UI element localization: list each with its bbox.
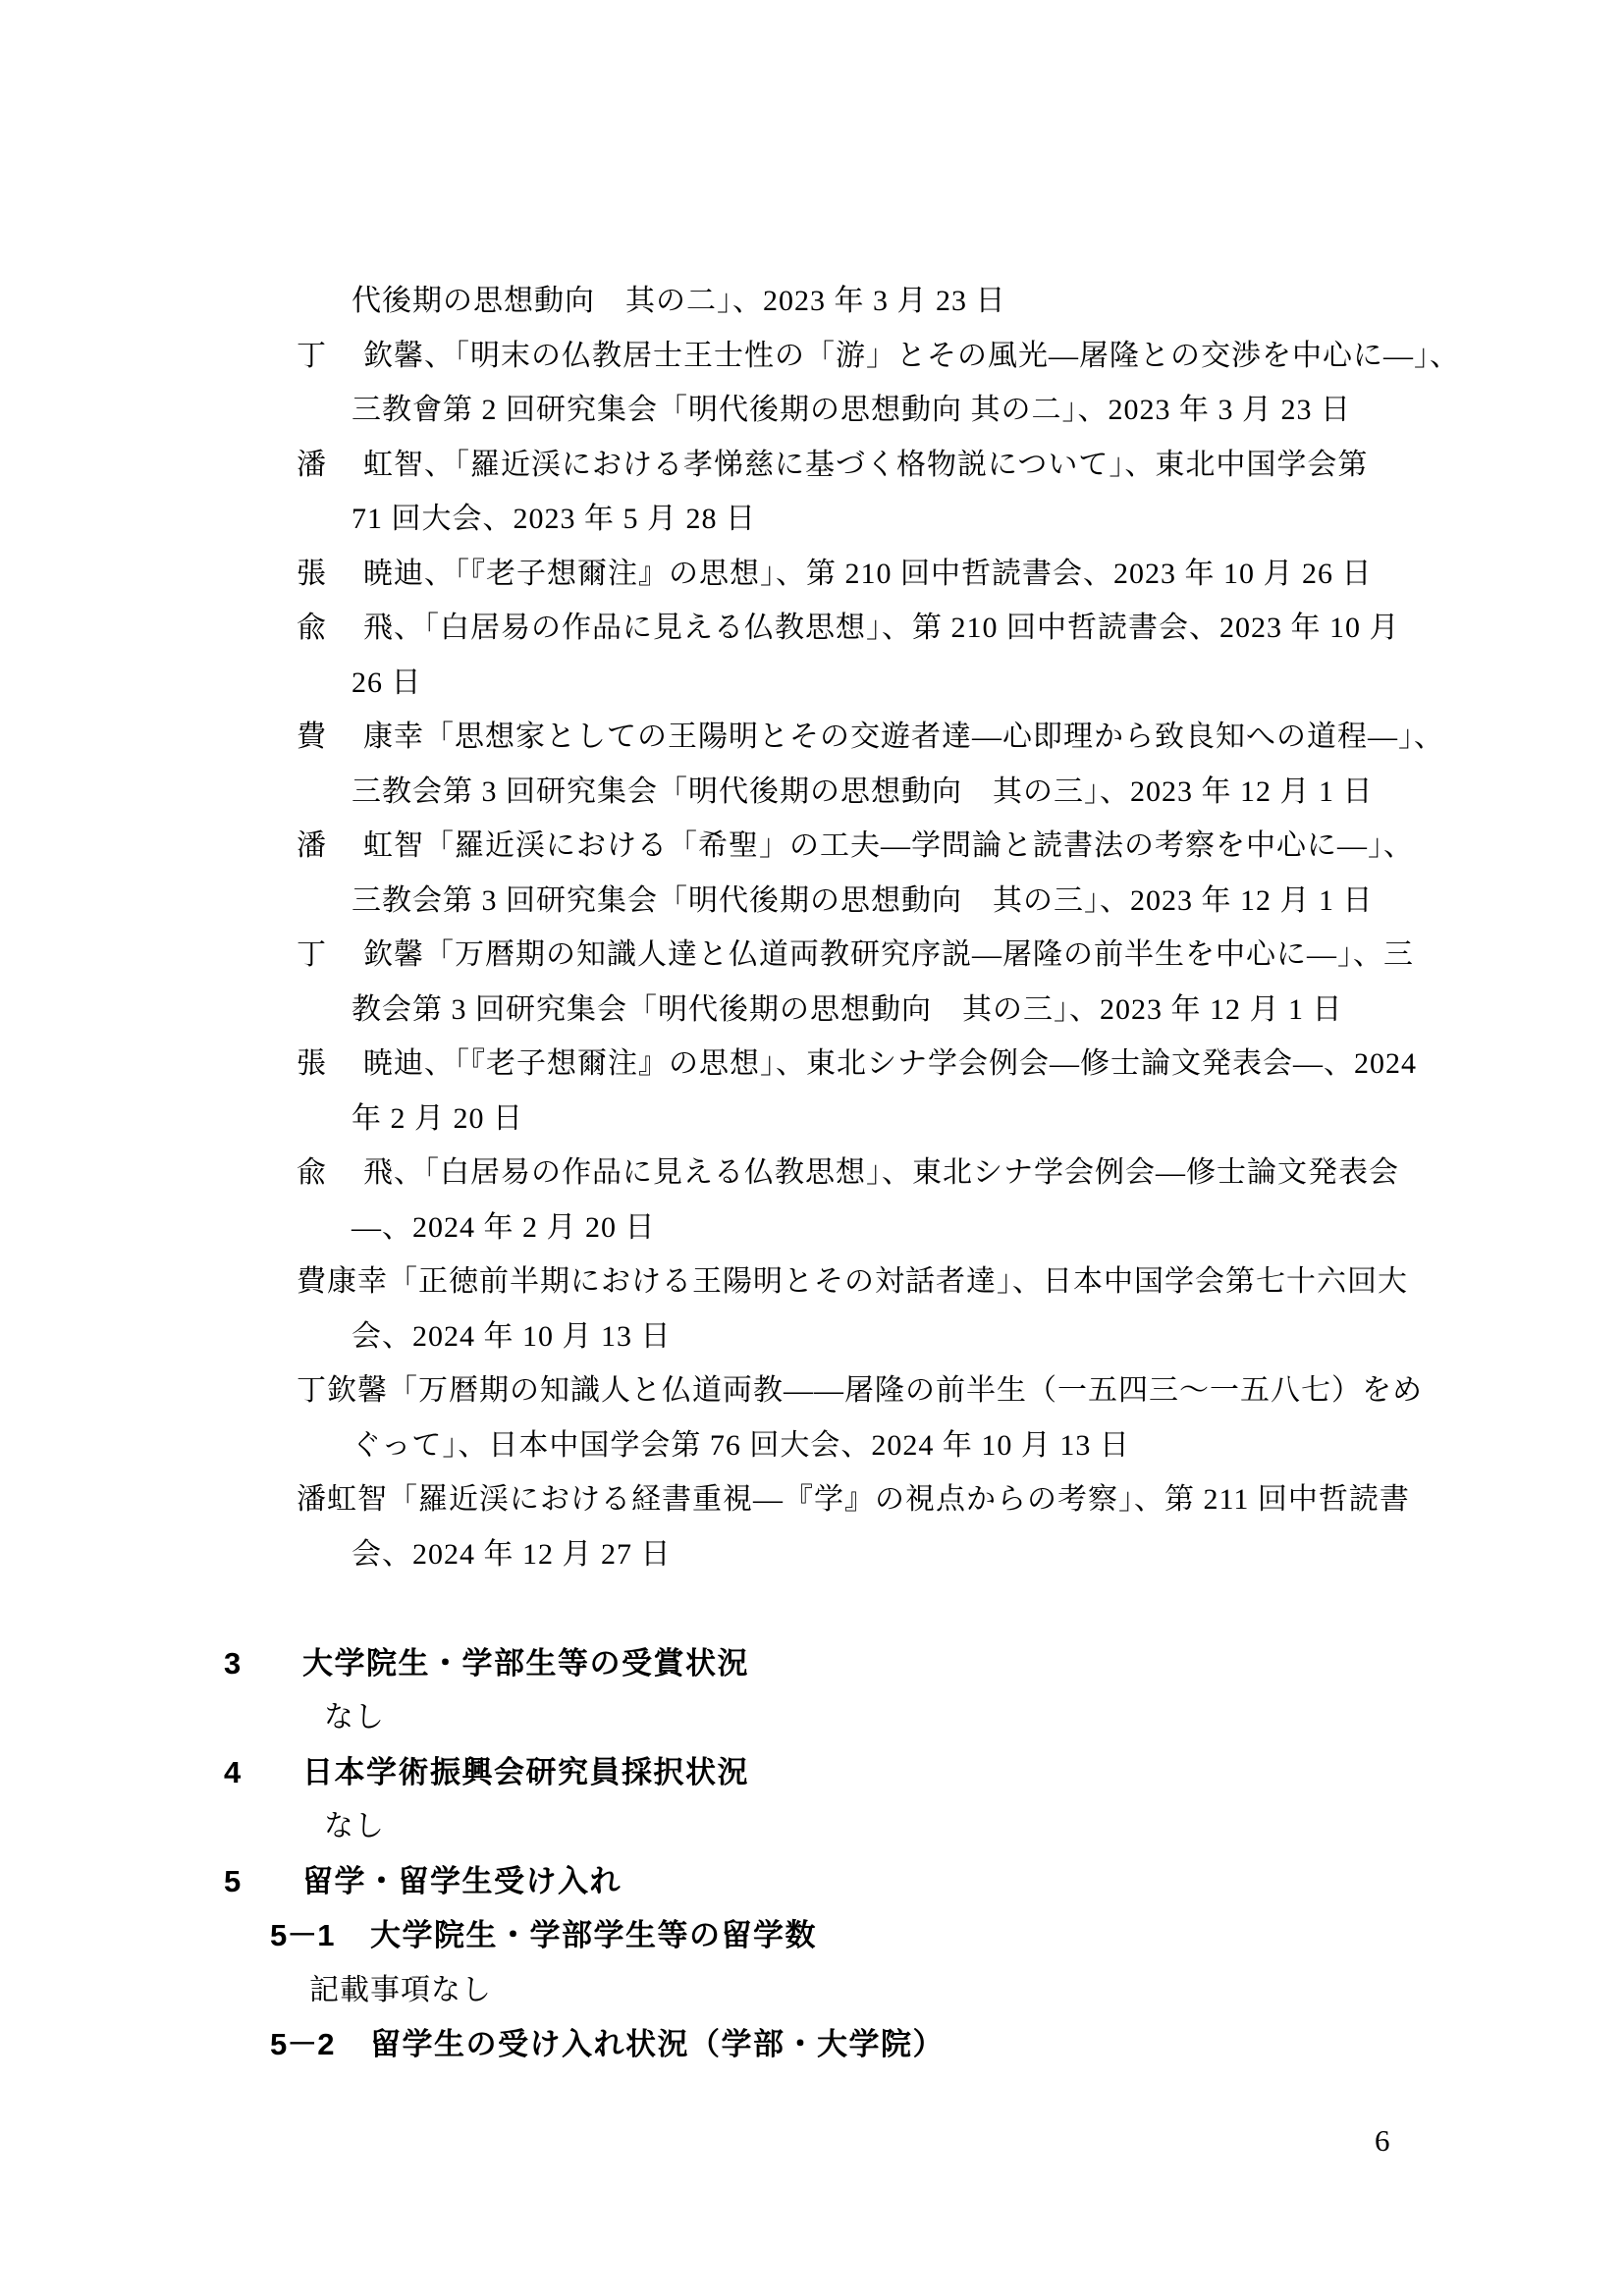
section-heading-5: 5留学・留学生受け入れ	[224, 1854, 1624, 1909]
publication-text: 三教会第 3 回研究集会「明代後期の思想動向 其の三」、2023 年 12 月 …	[352, 775, 1374, 808]
section-heading-3: 3大学院生・学部生等の受賞状況	[224, 1636, 1624, 1691]
publication-line: 丁欽馨「万暦期の知識人と仏道両教――屠隆の前半生（一五四三～一五八七）をめ	[297, 1363, 1624, 1418]
publication-line: 71 回大会、2023 年 5 月 28 日	[352, 492, 1624, 547]
publication-line: 兪飛、「白居易の作品に見える仏教思想」、第 210 回中哲読書会、2023 年 …	[297, 601, 1624, 656]
author-surname: 潘	[297, 438, 363, 493]
publication-text: 年 2 月 20 日	[352, 1102, 523, 1135]
publication-text: 暁迪、「『老子想爾注』の思想」、東北シナ学会例会―修士論文発表会―、2024	[363, 1047, 1417, 1080]
page-number: 6	[1375, 2123, 1390, 2159]
publication-line: 年 2 月 20 日	[352, 1092, 1624, 1147]
section-heading-5-1: 5－1大学院生・学部学生等の留学数	[270, 1908, 1624, 1963]
author-surname: 兪	[297, 1146, 363, 1201]
publication-text: 三教会第 3 回研究集会「明代後期の思想動向 其の三」、2023 年 12 月 …	[352, 884, 1374, 917]
section-body-3: なし	[324, 1690, 1624, 1745]
publication-line: 兪飛、「白居易の作品に見える仏教思想」、東北シナ学会例会―修士論文発表会	[297, 1146, 1624, 1201]
publication-text: 虹智、「羅近渓における孝悌慈に基づく格物説について」、東北中国学会第	[363, 449, 1368, 481]
author-surname: 丁	[297, 928, 363, 983]
publication-text: 会、2024 年 12 月 27 日	[352, 1538, 672, 1571]
publication-text: 教会第 3 回研究集会「明代後期の思想動向 其の三」、2023 年 12 月 1…	[352, 993, 1343, 1026]
publication-line: 代後期の思想動向 其の二」、2023 年 3 月 23 日	[352, 274, 1624, 329]
publication-text: 71 回大会、2023 年 5 月 28 日	[352, 503, 756, 535]
publication-text: 三教會第 2 回研究集会「明代後期の思想動向 其の二」、2023 年 3 月 2…	[352, 394, 1351, 426]
section-title: 日本学術振興会研究員採択状況	[302, 1755, 749, 1789]
publication-text: 26 日	[352, 667, 422, 699]
publication-line: ぐって」、日本中国学会第 76 回大会、2024 年 10 月 13 日	[352, 1418, 1624, 1473]
section-title: 留学生の受け入れ状況（学部・大学院）	[370, 2027, 945, 2061]
publication-line: 費康幸「正徳前半期における王陽明とその対話者達」、日本中国学会第七十六回大	[297, 1255, 1624, 1309]
publication-line: 張暁迪、「『老子想爾注』の思想」、東北シナ学会例会―修士論文発表会―、2024	[297, 1037, 1624, 1092]
section-title: 大学院生・学部生等の受賞状況	[302, 1646, 749, 1681]
publication-text: 飛、「白居易の作品に見える仏教思想」、東北シナ学会例会―修士論文発表会	[363, 1156, 1399, 1189]
publication-line: 丁欽馨、「明末の仏教居士王士性の「游」とその風光―屠隆との交渉を中心に―」、	[297, 329, 1624, 384]
publication-text: 虹智「羅近渓における「希聖」の工夫―学問論と読書法の考察を中心に―」、	[363, 829, 1414, 862]
section-heading-5-2: 5－2留学生の受け入れ状況（学部・大学院）	[270, 2017, 1624, 2072]
publication-line: 費康幸「思想家としての王陽明とその交遊者達―心即理から致良知への道程―」、	[297, 710, 1624, 765]
publication-line: 丁欽馨「万暦期の知識人達と仏道両教研究序説―屠隆の前半生を中心に―」、三	[297, 928, 1624, 983]
publication-text: 会、2024 年 10 月 13 日	[352, 1320, 672, 1353]
publication-line: 会、2024 年 12 月 27 日	[352, 1527, 1624, 1582]
section-number: 5－2	[270, 2017, 370, 2072]
author-surname: 兪	[297, 601, 363, 656]
author-surname: 費	[297, 710, 363, 765]
section-title: 留学・留学生受け入れ	[302, 1864, 622, 1898]
publication-line: 張暁迪、「『老子想爾注』の思想」、第 210 回中哲読書会、2023 年 10 …	[297, 547, 1624, 602]
publication-line: 潘虹智「羅近渓における「希聖」の工夫―学問論と読書法の考察を中心に―」、	[297, 819, 1624, 874]
section-body-5-1: 記載事項なし	[309, 1963, 1624, 2018]
publication-line: 26 日	[352, 656, 1624, 711]
publication-text: 暁迪、「『老子想爾注』の思想」、第 210 回中哲読書会、2023 年 10 月…	[363, 558, 1373, 590]
author-surname: 丁	[297, 329, 363, 384]
publication-line: ―、2024 年 2 月 20 日	[352, 1201, 1624, 1255]
publication-line: 教会第 3 回研究集会「明代後期の思想動向 其の三」、2023 年 12 月 1…	[352, 983, 1624, 1038]
page-content: 代後期の思想動向 其の二」、2023 年 3 月 23 日 丁欽馨、「明末の仏教…	[0, 0, 1624, 2072]
publication-line: 三教会第 3 回研究集会「明代後期の思想動向 其の三」、2023 年 12 月 …	[352, 874, 1624, 929]
author-surname: 張	[297, 547, 363, 602]
section-number: 5－1	[270, 1908, 370, 1963]
publication-text: 費康幸「正徳前半期における王陽明とその対話者達」、日本中国学会第七十六回大	[297, 1265, 1408, 1298]
publication-text: 潘虹智「羅近渓における経書重視―『学』の視点からの考察」、第 211 回中哲読書	[297, 1483, 1410, 1516]
publication-text: 代後期の思想動向 其の二」、2023 年 3 月 23 日	[352, 285, 1006, 317]
author-surname: 潘	[297, 819, 363, 874]
publication-line: 潘虹智、「羅近渓における孝悌慈に基づく格物説について」、東北中国学会第	[297, 438, 1624, 493]
section-number: 4	[224, 1745, 302, 1800]
publication-text: 欽馨、「明末の仏教居士王士性の「游」とその風光―屠隆との交渉を中心に―」、	[363, 340, 1460, 372]
section-body-4: なし	[324, 1799, 1624, 1854]
publication-text: ―、2024 年 2 月 20 日	[352, 1211, 656, 1244]
author-surname: 張	[297, 1037, 363, 1092]
blank-line	[352, 1581, 1624, 1636]
publication-text: 丁欽馨「万暦期の知識人と仏道両教――屠隆の前半生（一五四三～一五八七）をめ	[297, 1374, 1423, 1407]
section-number: 3	[224, 1636, 302, 1691]
document-page: { "pub_lines": [ {"text": "代後期の思想動向 其の二」…	[0, 0, 1624, 2296]
section-heading-4: 4日本学術振興会研究員採択状況	[224, 1745, 1624, 1800]
publication-text: 康幸「思想家としての王陽明とその交遊者達―心即理から致良知への道程―」、	[363, 721, 1444, 753]
publication-text: 欽馨「万暦期の知識人達と仏道両教研究序説―屠隆の前半生を中心に―」、三	[363, 938, 1414, 971]
section-number: 5	[224, 1854, 302, 1909]
publication-line: 会、2024 年 10 月 13 日	[352, 1309, 1624, 1364]
publication-line: 三教會第 2 回研究集会「明代後期の思想動向 其の二」、2023 年 3 月 2…	[352, 383, 1624, 438]
publication-line: 潘虹智「羅近渓における経書重視―『学』の視点からの考察」、第 211 回中哲読書	[297, 1472, 1624, 1527]
section-title: 大学院生・学部学生等の留学数	[370, 1918, 817, 1952]
publication-text: 飛、「白居易の作品に見える仏教思想」、第 210 回中哲読書会、2023 年 1…	[363, 612, 1400, 644]
publication-line: 三教会第 3 回研究集会「明代後期の思想動向 其の三」、2023 年 12 月 …	[352, 765, 1624, 820]
publication-text: ぐって」、日本中国学会第 76 回大会、2024 年 10 月 13 日	[352, 1429, 1130, 1462]
